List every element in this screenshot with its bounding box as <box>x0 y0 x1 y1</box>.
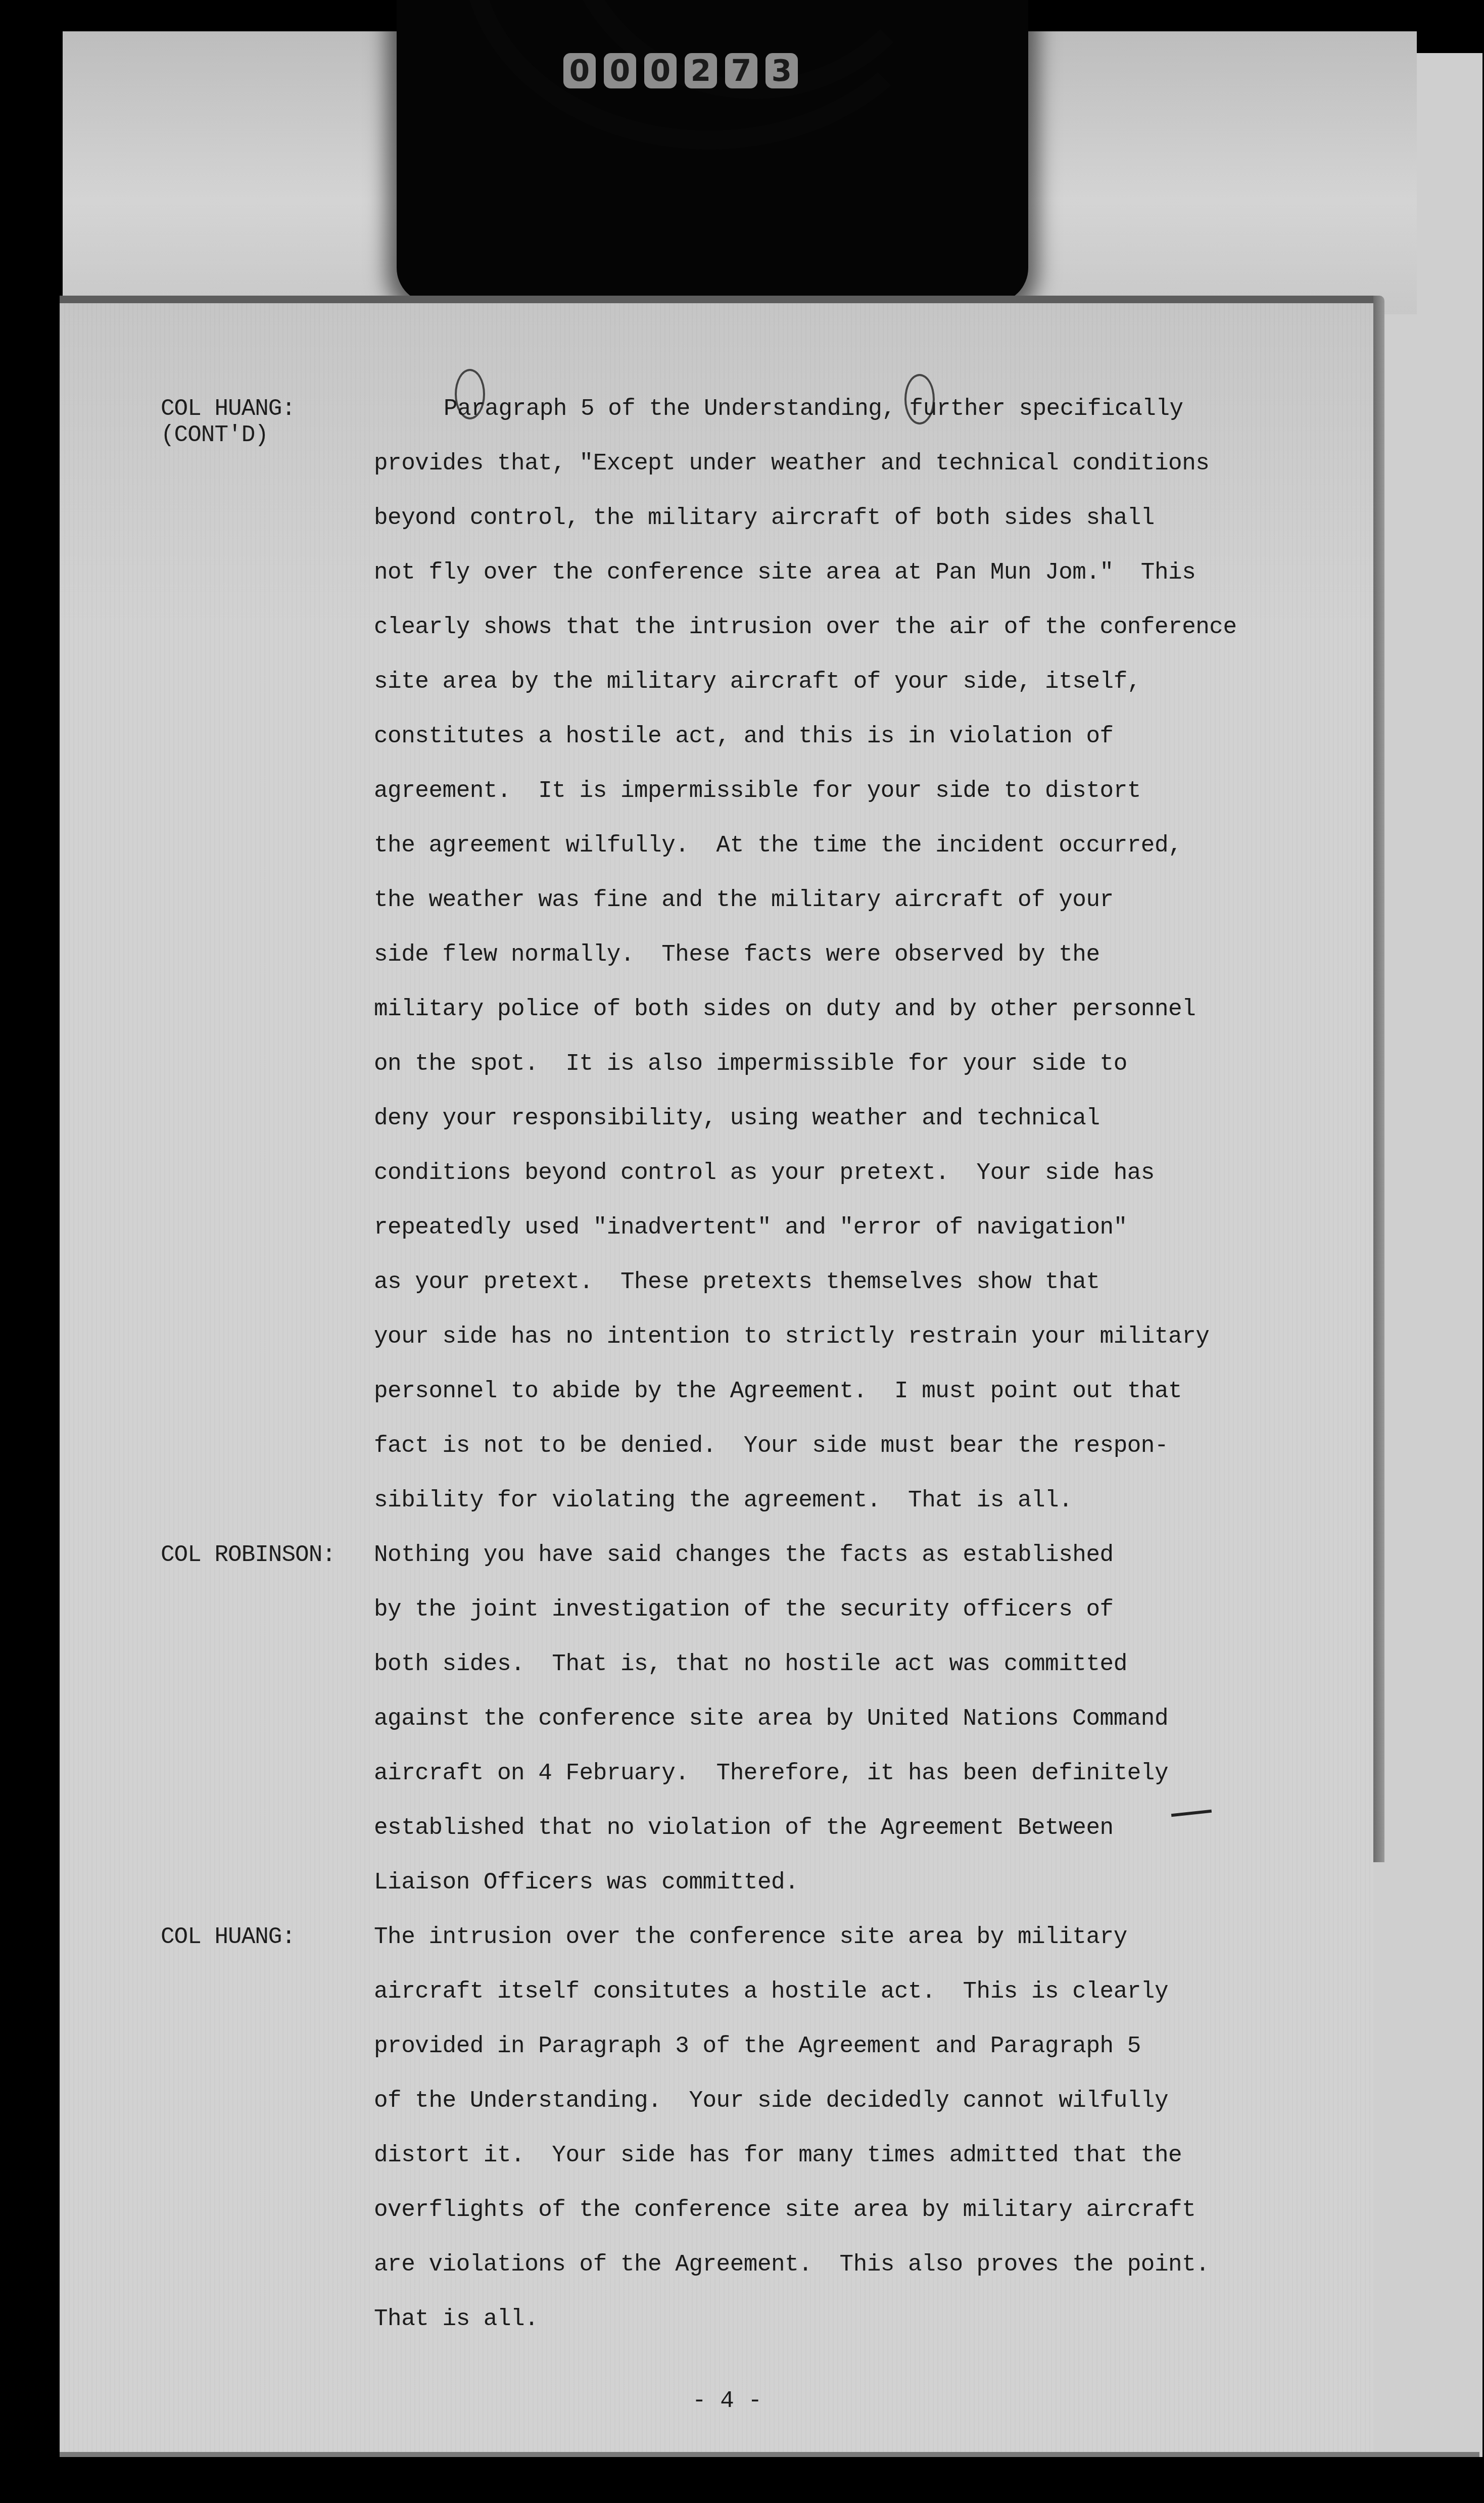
text-line: beyond control, the military aircraft of… <box>374 504 1155 532</box>
text-line: Paragraph 5 of the Understanding, furthe… <box>444 395 1183 422</box>
text-line: aircraft itself consitutes a hostile act… <box>374 1978 1168 2005</box>
text-line: the agreement wilfully. At the time the … <box>374 832 1182 859</box>
text-line: deny your responsibility, using weather … <box>374 1105 1100 1132</box>
text-line: provides that, "Except under weather and… <box>374 450 1209 477</box>
text-line: on the spot. It is also impermissible fo… <box>374 1050 1127 1077</box>
text-line: fact is not to be denied. Your side must… <box>374 1432 1168 1459</box>
text-line: by the joint investigation of the securi… <box>374 1596 1114 1623</box>
text-line: are violations of the Agreement. This al… <box>374 2251 1209 2278</box>
text-line: of the Understanding. Your side decidedl… <box>374 2087 1168 2114</box>
speaker-label: COL HUANG: <box>161 395 295 422</box>
text-line: agreement. It is impermissible for your … <box>374 777 1141 805</box>
film-border <box>0 2457 1484 2503</box>
text-line: not fly over the conference site area at… <box>374 559 1195 586</box>
text-line: site area by the military aircraft of yo… <box>374 668 1141 695</box>
text-line: constitutes a hostile act, and this is i… <box>374 723 1114 750</box>
text-line: That is all. <box>374 2305 538 2333</box>
text-line: sibility for violating the agreement. Th… <box>374 1487 1072 1514</box>
text-line: distort it. Your side has for many times… <box>374 2142 1182 2169</box>
text-line: provided in Paragraph 3 of the Agreement… <box>374 2033 1141 2060</box>
text-line: personnel to abide by the Agreement. I m… <box>374 1378 1182 1405</box>
speaker-label: COL HUANG: <box>161 1923 295 1951</box>
text-line: the weather was fine and the military ai… <box>374 886 1114 914</box>
text-line: overflights of the conference site area … <box>374 2196 1195 2224</box>
text-line: side flew normally. These facts were obs… <box>374 941 1100 968</box>
text-line: both sides. That is, that no hostile act… <box>374 1650 1127 1678</box>
text-line: established that no violation of the Agr… <box>374 1814 1114 1841</box>
text-line: Liaison Officers was committed. <box>374 1869 798 1896</box>
text-line: against the conference site area by Unit… <box>374 1705 1168 1732</box>
speaker-label: COL ROBINSON: <box>161 1541 336 1569</box>
page-number: - 4 - <box>692 2388 762 2414</box>
transcript: COL HUANG: (CONT'D) Paragraph 5 of the U… <box>0 0 1484 2503</box>
text-line: aircraft on 4 February. Therefore, it ha… <box>374 1760 1168 1787</box>
text-line: clearly shows that the intrusion over th… <box>374 613 1237 641</box>
text-line: repeatedly used "inadvertent" and "error… <box>374 1214 1127 1241</box>
text-line: Nothing you have said changes the facts … <box>374 1541 1114 1569</box>
text-line: military police of both sides on duty an… <box>374 996 1195 1023</box>
text-line: conditions beyond control as your pretex… <box>374 1159 1155 1187</box>
text-line: your side has no intention to strictly r… <box>374 1323 1209 1350</box>
text-line: as your pretext. These pretexts themselv… <box>374 1268 1100 1296</box>
text-line: The intrusion over the conference site a… <box>374 1923 1127 1951</box>
speaker-continued: (CONT'D) <box>161 421 268 449</box>
